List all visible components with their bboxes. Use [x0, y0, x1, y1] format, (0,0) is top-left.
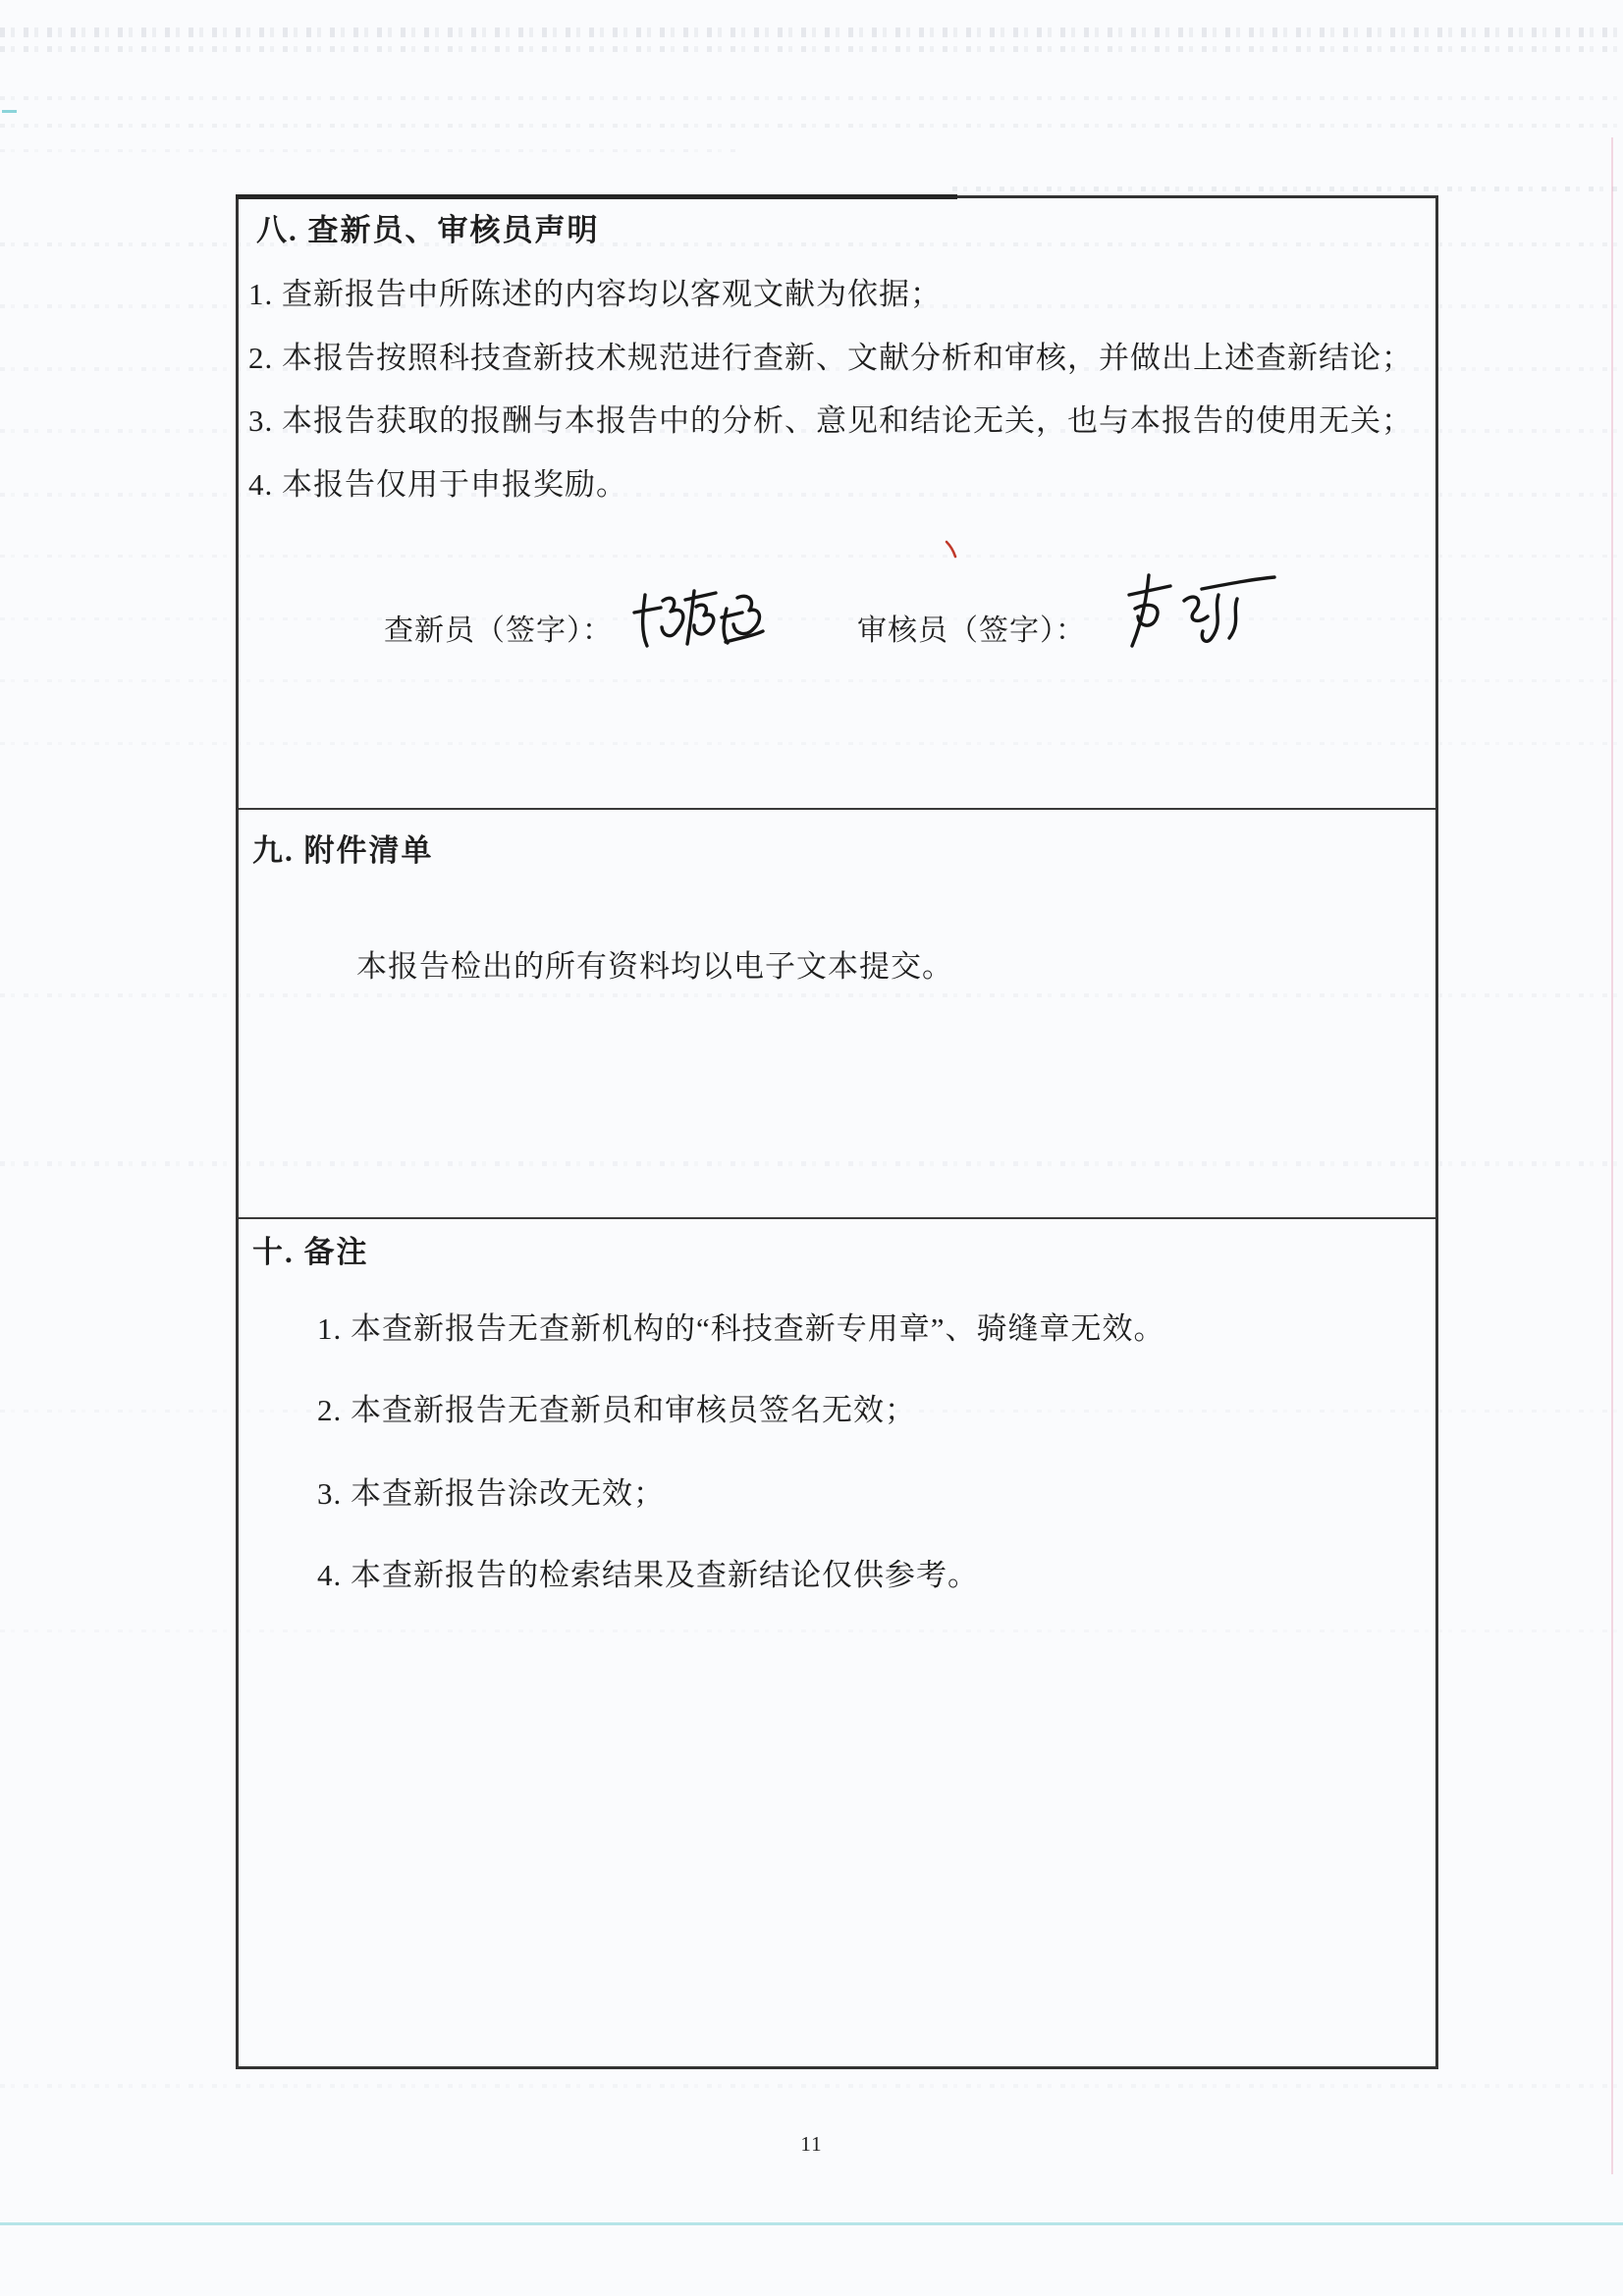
scan-artifact-teal-line [0, 2222, 1623, 2225]
page-number: 11 [0, 2132, 1623, 2157]
declaration-item: 4. 本报告仅用于申报奖励。 [248, 467, 627, 503]
declaration-item: 3. 本报告获取的报酬与本报告中的分析、意见和结论无关，也与本报告的使用无关； [248, 403, 1413, 439]
scanned-report-page: 八. 查新员、审核员声明 1. 查新报告中所陈述的内容均以客观文献为依据； 2.… [0, 0, 1623, 2296]
scan-artifact [0, 46, 1623, 52]
section-attachments-title: 九. 附件清单 [252, 833, 434, 869]
scan-artifact [0, 124, 1623, 128]
scan-artifact [0, 2084, 1623, 2088]
scan-artifact [952, 187, 1623, 191]
scan-artifact [0, 149, 739, 152]
declaration-item: 1. 查新报告中所陈述的内容均以客观文献为依据； [248, 277, 942, 312]
remarks-item: 3. 本查新报告涂改无效； [317, 1476, 665, 1512]
remarks-item: 1. 本查新报告无查新机构的“科技查新专用章”、骑缝章无效。 [317, 1311, 1165, 1347]
scan-artifact [0, 27, 1623, 37]
section-remarks: 十. 备注 1. 本查新报告无查新机构的“科技查新专用章”、骑缝章无效。 2. … [239, 1217, 1435, 2066]
searcher-signature-label: 查新员（签字）： [384, 614, 613, 649]
section-attachments: 九. 附件清单 本报告检出的所有资料均以电子文本提交。 [239, 808, 1435, 1217]
section-remarks-title: 十. 备注 [252, 1235, 369, 1270]
searcher-signature [629, 579, 777, 660]
reviewer-signature [1117, 563, 1284, 664]
report-table: 八. 查新员、审核员声明 1. 查新报告中所陈述的内容均以客观文献为依据； 2.… [236, 195, 1438, 2069]
scan-artifact-pink-line [1611, 137, 1613, 2174]
remarks-item: 4. 本查新报告的检索结果及查新结论仅供参考。 [317, 1558, 979, 1593]
reviewer-signature-label: 审核员（签字）： [857, 614, 1086, 649]
remarks-item: 2. 本查新报告无查新员和审核员签名无效； [317, 1393, 916, 1428]
section-declaration-title: 八. 查新员、审核员声明 [256, 213, 600, 248]
attachments-body: 本报告检出的所有资料均以电子文本提交。 [356, 949, 953, 985]
declaration-item: 2. 本报告按照科技查新技术规范进行查新、文献分析和审核，并做出上述查新结论； [248, 341, 1413, 376]
scan-artifact [0, 96, 1623, 100]
scan-artifact-teal-dash [2, 110, 17, 113]
section-declaration: 八. 查新员、审核员声明 1. 查新报告中所陈述的内容均以客观文献为依据； 2.… [239, 198, 1435, 808]
